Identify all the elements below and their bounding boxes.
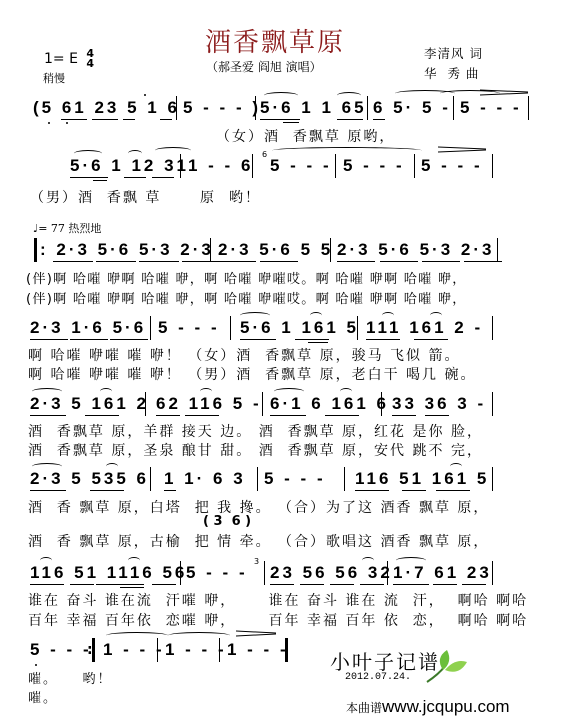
lyricist-credit: 李清风 词 <box>424 44 483 62</box>
lyrics-line-7a: 谁在 奋斗 谁在流 汗嗺 咿， 谁在 奋斗 谁在 流 汗， 啊哈 啊哈 <box>28 590 528 610</box>
notes-line-1: (5 61 23 5 1 6 <box>33 98 180 118</box>
key-signature: 1= E 4 4 <box>44 49 94 69</box>
expression-intro: 稍慢 <box>43 70 65 86</box>
lyrics-line-2: （男）酒 香飘 草 原 哟！ <box>30 187 261 207</box>
key-label: 1= E <box>44 51 78 67</box>
lyrics-line-6b: 酒 香 飘草 原，古榆 把 情 牵。 （合）歌唱这 酒香 飘草 原， <box>28 531 489 551</box>
leaf-icon <box>425 648 469 684</box>
lyrics-line-8b: 嗺。 <box>28 687 58 706</box>
source-credit: 本曲谱www.jcqupu.com <box>346 697 510 717</box>
score-line-5: 2·3 5 161 2 62 116 5 - 6·1 6 161 6 33 36… <box>0 394 561 424</box>
tempo-marking: ♩= 77 热烈地 <box>33 220 101 236</box>
source-site[interactable]: www.jcqupu.com <box>382 697 510 716</box>
grace-note: 6 <box>262 150 267 159</box>
lyrics-line-4a: 啊 哈嗺 咿嗺 嗺 咿！ （女）酒 香飘草 原，骏马 飞似 箭。 <box>28 345 461 365</box>
lyrics-line-5b: 酒 香飘草 原，圣泉 酿甘 甜。 酒 香飘草 原，安代 跳不 完， <box>28 440 483 460</box>
score-line-7: 116 51 1116 56 5 - - - 3 23 56 56 32 1·7… <box>0 563 561 593</box>
song-title: 酒香飘草原 <box>205 22 345 59</box>
lyrics-line-6a: 酒 香 飘草 原，白塔 把 我 搀。 （合）为了这 酒香 飘草 原， <box>28 497 489 517</box>
score-line-6: 2·3 5 535 6 1 1· 6 3 5 - - - 116 51 161 … <box>0 469 561 499</box>
variant-notes: ( 3 6 ) <box>203 514 251 529</box>
lyrics-line-8a: 嗺。 哟！ <box>28 668 113 687</box>
lyrics-line-1: （女）酒 香飘草 原哟， <box>216 126 395 146</box>
score-line-1: (5 61 23 5 1 6 5 - - - ) 5·6 1 1 65 6 5·… <box>0 98 561 128</box>
time-signature: 4 4 <box>86 49 94 69</box>
score-line-8: 5 - - - : 1 - - - 1 - - - 1 - - - <box>0 640 561 670</box>
source-label: 本曲谱 <box>346 701 382 715</box>
transcription-date: 2012.07.24. <box>345 672 411 683</box>
tempo-text: 热烈地 <box>68 222 101 235</box>
lyrics-line-3b: (伴)啊 哈嗺 咿啊 哈嗺 咿，啊 哈嗺 咿嗺哎。啊 哈嗺 咿啊 哈嗺 咿， <box>26 288 467 307</box>
tempo-bpm: ♩= 77 <box>33 222 65 235</box>
transcriber-signature: 小叶子记谱 <box>330 646 440 675</box>
lyrics-line-7b: 百年 幸福 百年依 恋嗺 咿， 百年 幸福 百年 依 恋， 啊哈 啊哈 <box>28 610 528 630</box>
score-line-2: 5·6 1 12 31 1 - - 6 6 5 - - - 5 - - - 5 … <box>0 156 561 186</box>
lyrics-line-3a: (伴)啊 哈嗺 咿啊 哈嗺 咿，啊 哈嗺 咿嗺哎。啊 哈嗺 咿啊 哈嗺 咿， <box>26 268 467 287</box>
time-sig-bottom: 4 <box>86 59 94 69</box>
performers: （郝圣爱 阎旭 演唱） <box>206 58 322 75</box>
tuplet-mark: 3 <box>254 557 259 566</box>
composer-credit: 华 秀 曲 <box>424 64 479 82</box>
lyrics-line-5a: 酒 香飘草 原，羊群 接天 边。 酒 香飘草 原，红花 是你 脸， <box>28 421 483 441</box>
score-line-3: : 2·3 5·6 5·3 2·3 2·3 5·6 5 5 2·3 5·6 5·… <box>0 240 561 270</box>
score-line-4: 2·3 1·6 5·6 5 - - - 5·6 1 161 5 111 161 … <box>0 318 561 348</box>
lyrics-line-4b: 啊 哈嗺 咿嗺 嗺 咿！ （男）酒 香飘草 原，老白干 喝几 碗。 <box>28 364 477 384</box>
